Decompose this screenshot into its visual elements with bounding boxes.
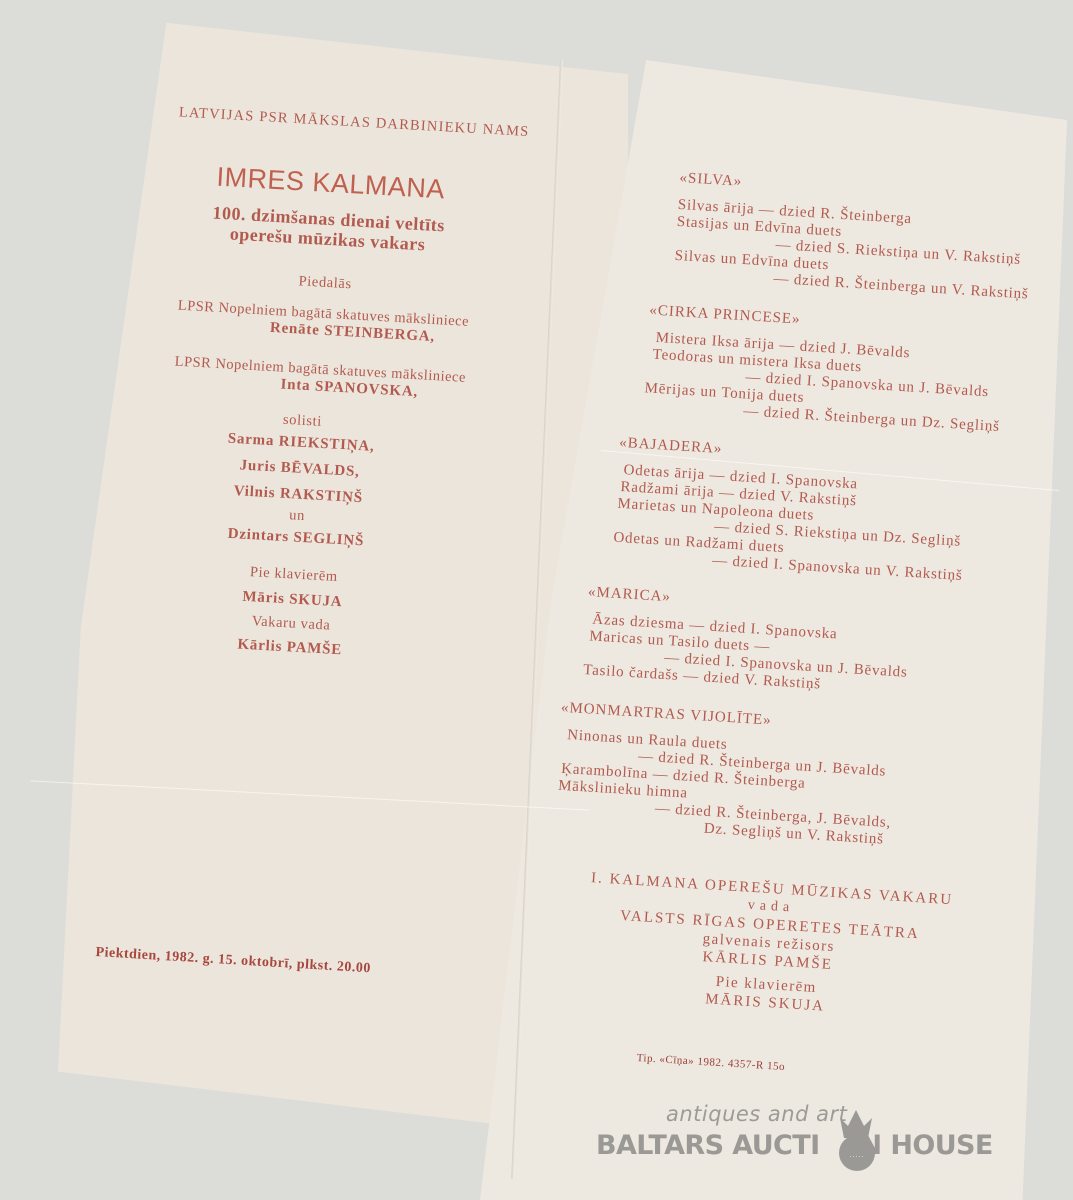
crown-icon	[838, 1110, 874, 1138]
right-page-program: «SILVA» Silvas ārija — dzied R. Šteinber…	[638, 170, 1073, 880]
program-section-silva: «SILVA» Silvas ārija — dzied R. Šteinber…	[673, 170, 1073, 306]
soloists-block: solisti Sarma RIEKSTIŅA, Juris BĒVALDS, …	[39, 399, 552, 675]
evening-credits: I. KALMANA OPEREŠU MŪZIKAS VAKARU vada V…	[565, 868, 972, 1024]
left-page-content: LATVIJAS PSR MĀKSLAS DARBINIEKU NAMS IMR…	[69, 100, 569, 674]
watermark-brand-part-1: BALTARS AUCTI	[596, 1130, 820, 1161]
program-section-bajadera: «BAJADERA» Odetas ārija — dzied I. Spano…	[612, 435, 1063, 591]
watermark-brand: BALTARS AUCTIN HOUSE	[596, 1130, 993, 1161]
orb-dots: .....	[845, 1150, 869, 1159]
participants-block: Piedalās LPSR Nopelniem bagātā skatuves …	[84, 262, 560, 409]
watermark-brand-part-2: N HOUSE	[860, 1130, 993, 1161]
program-section-cirka-princese: «CIRKA PRINCESE» Mistera Iksa ārija — dz…	[643, 302, 1071, 440]
auction-house-watermark: antiques and art BALTARS AUCTIN HOUSE ..…	[596, 1100, 996, 1170]
watermark-tagline: antiques and art	[666, 1102, 847, 1126]
program-section-marica: «MARICA» Āzas dziesma — dzied I. Spanovs…	[583, 584, 1054, 707]
